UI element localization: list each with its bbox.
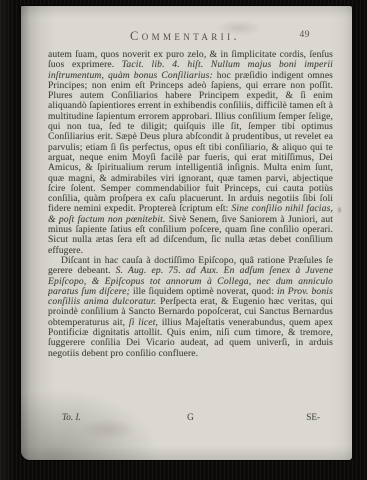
page-footer: To. I. G SE-	[48, 412, 333, 422]
book-scan-background: Commentarii. 49 autem ſuam, quos noverit…	[0, 0, 367, 480]
page-number: 49	[300, 30, 311, 40]
body-text: autem ſuam, quos noverit ex puro zelo, &…	[48, 50, 333, 359]
signature-mark: G	[142, 412, 239, 422]
page-header: Commentarii. 49	[48, 27, 322, 42]
volume-label: To. I.	[48, 412, 142, 422]
paragraph: Diſcant in hac cauſa à doctiſſimo Epiſco…	[48, 256, 333, 359]
text-segment: hoc præſidio indigent omnes Principes; n…	[48, 70, 333, 215]
book-page: Commentarii. 49 autem ſuam, quos noverit…	[21, 6, 352, 460]
scan-stain	[337, 206, 342, 214]
catchword: SE-	[239, 412, 333, 422]
paragraph: autem ſuam, quos noverit ex puro zelo, &…	[48, 50, 333, 256]
running-title: Commentarii.	[130, 29, 240, 43]
